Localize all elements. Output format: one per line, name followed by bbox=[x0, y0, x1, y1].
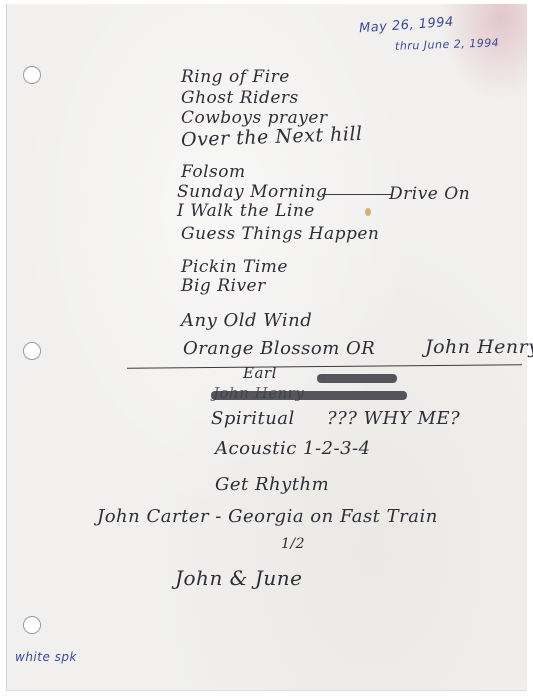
acoustic-segment: Acoustic 1-2-3-4 bbox=[215, 438, 371, 459]
song-big-river: Big River bbox=[181, 276, 266, 296]
divider-line bbox=[127, 364, 522, 368]
strikethrough-bar bbox=[211, 391, 407, 400]
punch-hole-bottom bbox=[23, 616, 41, 634]
song-ring-of-fire: Ring of Fire bbox=[181, 67, 290, 87]
date-line-1: May 26, 1994 bbox=[359, 15, 455, 37]
song-spiritual: Spiritual bbox=[211, 408, 295, 429]
date-line-2: thru June 2, 1994 bbox=[395, 36, 500, 53]
punch-hole-top bbox=[23, 66, 41, 84]
song-ghost-riders: Ghost Riders bbox=[181, 88, 299, 108]
annotation-drive-on: Drive On bbox=[389, 184, 470, 204]
song-earl: Earl bbox=[243, 364, 277, 382]
stain-spot bbox=[365, 208, 371, 216]
song-sunday-morning: Sunday Morning bbox=[177, 182, 328, 202]
scribbled-out-text bbox=[317, 374, 397, 383]
punch-hole-middle bbox=[23, 342, 41, 360]
song-pickin-time: Pickin Time bbox=[181, 257, 288, 277]
song-john-carter-georgia: John Carter - Georgia on Fast Train bbox=[97, 506, 438, 527]
song-i-walk-the-line: I Walk the Line bbox=[177, 201, 315, 221]
song-why-me: ??? WHY ME? bbox=[327, 408, 460, 429]
song-get-rhythm: Get Rhythm bbox=[215, 474, 329, 495]
intermission-half: 1/2 bbox=[281, 536, 305, 552]
song-folsom: Folsom bbox=[181, 162, 246, 182]
handwritten-setlist-page: May 26, 1994 thru June 2, 1994 Ring of F… bbox=[6, 4, 527, 691]
song-orange-blossom: Orange Blossom OR bbox=[183, 338, 375, 359]
song-john-henry: John Henry bbox=[425, 336, 533, 358]
song-guess-things-happen: Guess Things Happen bbox=[181, 224, 379, 244]
arrow-line bbox=[322, 194, 392, 195]
footer-note: white spk bbox=[15, 650, 77, 664]
john-and-june: John & June bbox=[175, 566, 302, 590]
song-any-old-wind: Any Old Wind bbox=[181, 310, 312, 331]
